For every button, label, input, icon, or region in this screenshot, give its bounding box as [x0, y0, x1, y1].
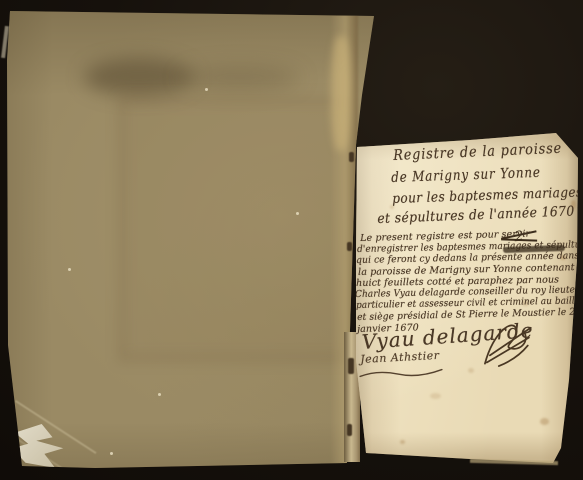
paper-speck	[68, 268, 71, 271]
foxing-spot	[540, 418, 549, 425]
ink-smudge-stain	[84, 58, 194, 96]
stitch-mark	[347, 424, 352, 436]
paper-speck	[158, 393, 161, 396]
stitch-mark	[349, 152, 354, 162]
paper-speck	[110, 452, 113, 455]
scanned-register-photo: Registre de la paroisse de Marigny sur Y…	[0, 0, 583, 480]
ink-smudge-stain	[180, 66, 300, 90]
register-title-line: et sépultures de l'année 1670	[377, 203, 575, 227]
register-title-line: Registre de la paroisse	[393, 141, 562, 164]
stitch-mark	[348, 358, 354, 374]
foxing-spot	[430, 393, 441, 399]
stitch-mark	[347, 242, 352, 251]
paper-speck	[205, 88, 208, 91]
torn-paper-fragment	[12, 424, 66, 468]
signature-paraph-flourish	[474, 313, 537, 371]
foxing-spot	[400, 440, 405, 444]
ghost-impression	[118, 96, 352, 362]
signature-underline-flourish	[358, 367, 444, 380]
register-title-line: de Marigny sur Yonne	[391, 165, 541, 186]
foxing-spot	[468, 368, 474, 373]
page-edge-highlight	[331, 36, 351, 151]
paper-speck	[296, 212, 299, 215]
secondary-signature: Jean Athstier	[360, 349, 440, 366]
